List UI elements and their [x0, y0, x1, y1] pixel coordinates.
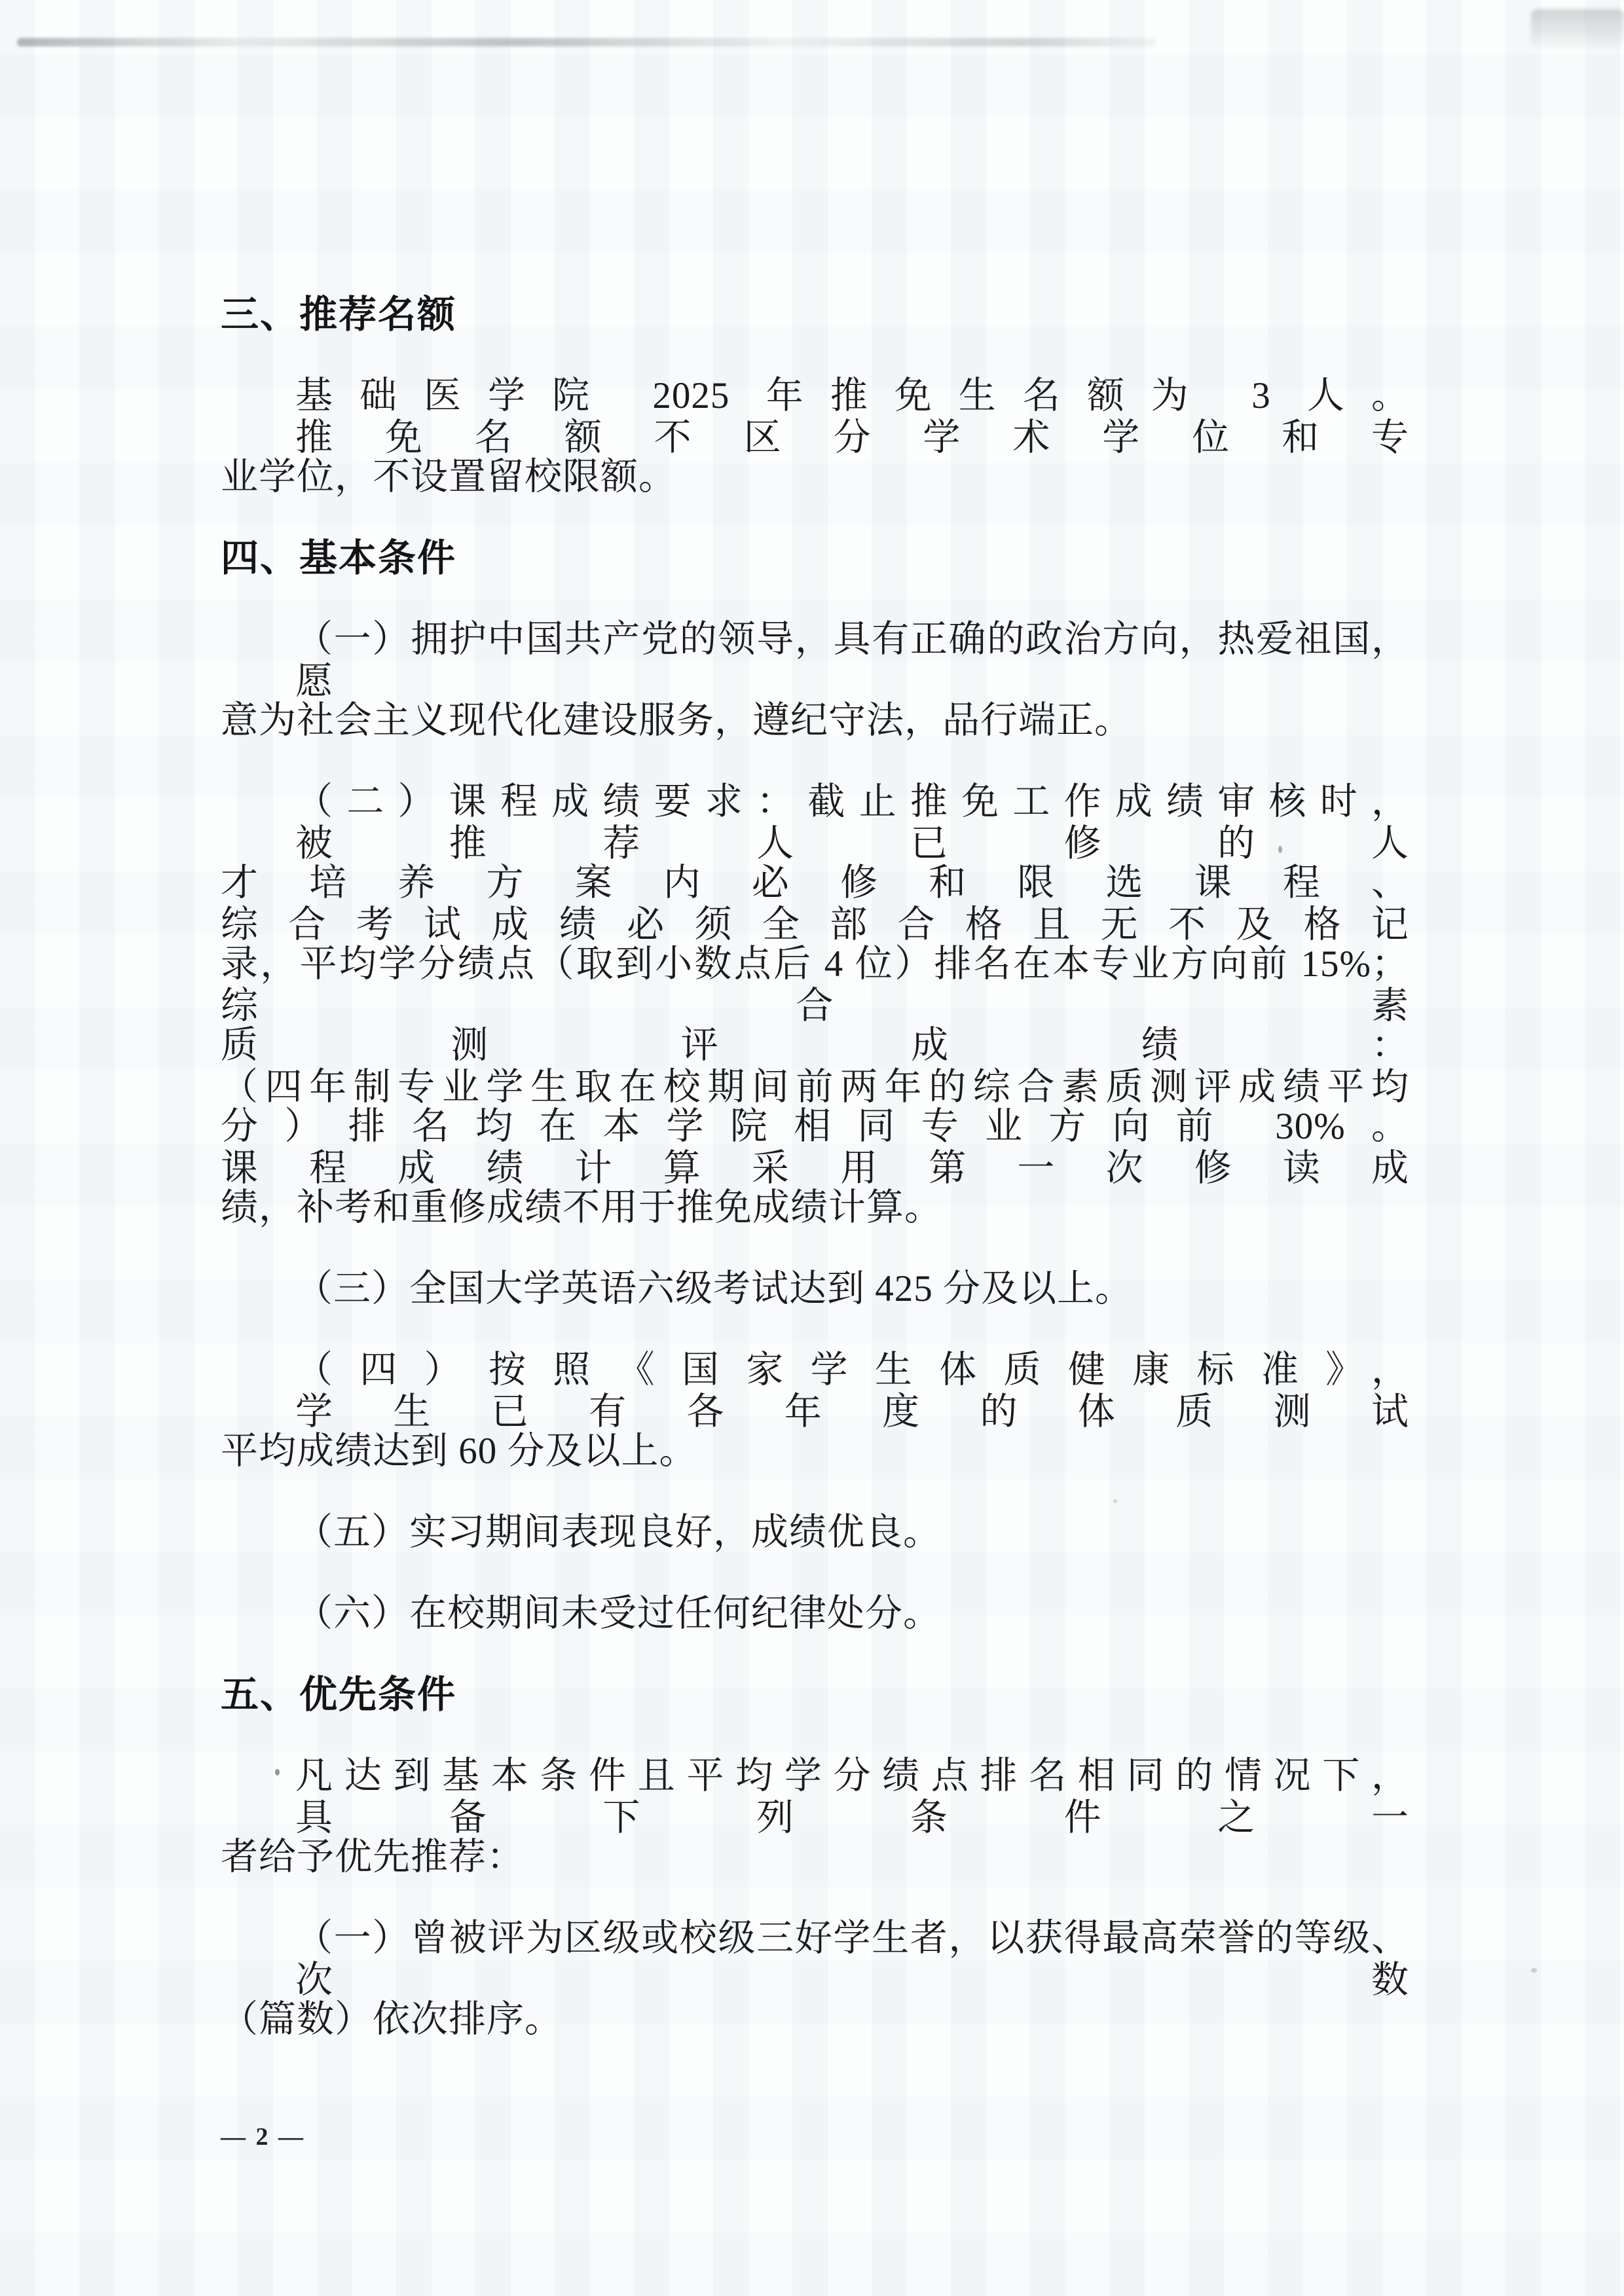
text-line: （三）全国大学英语六级考试达到 425 分及以上。 — [221, 1268, 1409, 1310]
section-heading-3: 三、推荐名额 — [221, 294, 1409, 337]
text-line: 平均成绩达到 60 分及以上。 — [221, 1430, 1409, 1472]
text-line: 基础医学院 2025 年推免生名额为 3 人。推免名额不区分学术学位和专 — [221, 375, 1409, 459]
text-line: 质测评成绩：（四年制专业学生取在校期间前两年的综合素质测评成绩平均 — [221, 1025, 1409, 1108]
scan-speck-artifact — [1531, 1968, 1537, 1973]
text-line: （一）曾被评为区级或校级三好学生者，以获得最高荣誉的等级、次数 — [221, 1918, 1409, 2001]
document-page: 三、推荐名额 基础医学院 2025 年推免生名额为 3 人。推免名额不区分学术学… — [0, 0, 1624, 2296]
section-heading-4: 四、基本条件 — [221, 538, 1409, 580]
text-line: （篇数）依次排序。 — [221, 1999, 1409, 2041]
text-line: （四）按照《国家学生体质健康标准》，学生已有各年度的体质测试 — [221, 1349, 1409, 1433]
scan-smear-topright-artifact — [1531, 9, 1624, 47]
text-line: （五）实习期间表现良好，成绩优良。 — [221, 1512, 1409, 1554]
text-line: 者给予优先推荐： — [221, 1836, 1409, 1878]
text-line: 录，平均学分绩点（取到小数点后 4 位）排名在本专业方向前 15%；综合素 — [221, 943, 1409, 1027]
text-line: 凡达到基本条件且平均学分绩点排名相同的情况下，具备下列条件之一 — [221, 1755, 1409, 1839]
scan-smear-top-artifact — [17, 38, 1156, 46]
text-line: （六）在校期间未受过任何纪律处分。 — [221, 1593, 1409, 1635]
page-number: — 2 — — [221, 2123, 305, 2151]
text-line: 绩，补考和重修成绩不用于推免成绩计算。 — [221, 1187, 1409, 1229]
text-line: 分）排名均在本学院相同专业方向前 30%。课程成绩计算采用第一次修读成 — [221, 1106, 1409, 1190]
scan-speck-artifact — [1113, 1499, 1117, 1503]
text-line: （一）拥护中国共产党的领导，具有正确的政治方向，热爱祖国，愿 — [221, 619, 1409, 702]
text-line: 业学位，不设置留校限额。 — [221, 456, 1409, 498]
text-line: 才培养方案内必修和限选课程、综合考试成绩必须全部合格且无不及格记 — [221, 862, 1409, 946]
section-heading-5: 五、优先条件 — [221, 1674, 1409, 1717]
text-line: 意为社会主义现代化建设服务，遵纪守法，品行端正。 — [221, 700, 1409, 742]
text-line: （二）课程成绩要求：截止推免工作成绩审核时，被推荐人已修的人 — [221, 781, 1409, 865]
